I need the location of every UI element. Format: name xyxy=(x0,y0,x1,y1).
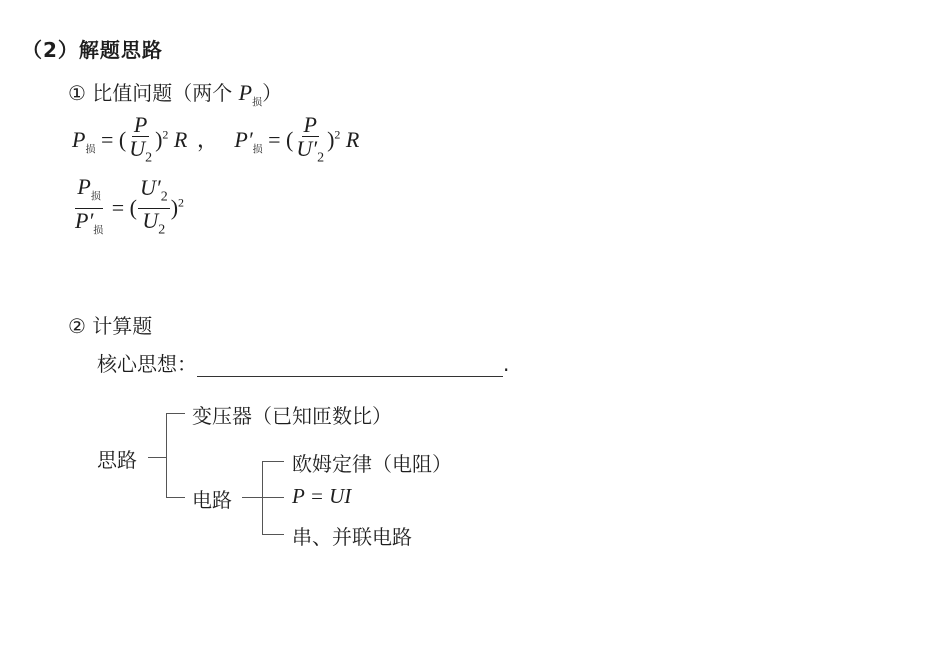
tree-leaf-power: P = UI xyxy=(292,484,351,509)
part1-heading: ① 比值问题（两个 P损） xyxy=(68,77,282,108)
tree-leaf-ohm: 欧姆定律（电阻） xyxy=(292,448,452,477)
formula-ploss-prime: P′损 = (PU′2)2 R xyxy=(234,127,359,152)
separator: ， xyxy=(197,127,219,152)
core-idea-label: 核心思想： xyxy=(97,352,197,376)
tree-connector xyxy=(148,457,167,458)
tree-connector xyxy=(262,534,284,535)
tree-connector xyxy=(166,497,185,498)
tree-bracket-1 xyxy=(166,413,167,498)
core-idea-row: 核心思想：. xyxy=(97,348,509,377)
part1-heading-close: ） xyxy=(262,81,282,105)
formula-ratio: P损P′损 = (U′2U2)2 xyxy=(72,176,184,244)
core-idea-period: . xyxy=(503,352,509,376)
formula-line-1: P损 = (PU2)2 R ， P′损 = (PU′2)2 R xyxy=(72,114,359,170)
tree-connector xyxy=(166,413,185,414)
tree-connector xyxy=(242,497,284,498)
tree-branch-circuit: 电路 xyxy=(192,484,232,513)
tree-bracket-2 xyxy=(262,461,263,535)
tree-branch-transformer: 变压器（已知匝数比） xyxy=(192,400,392,429)
section-title: （2）解题思路 xyxy=(22,34,163,63)
p-loss-symbol: P损 xyxy=(239,80,262,105)
part1-heading-text: ① 比值问题（两个 xyxy=(68,81,239,105)
tree-connector xyxy=(262,461,284,462)
tree-root: 思路 xyxy=(97,444,137,473)
formula-ploss: P损 = (PU2)2 R xyxy=(72,127,193,152)
part2-heading: ② 计算题 xyxy=(68,310,152,339)
core-idea-blank xyxy=(197,358,503,377)
tree-leaf-series-parallel: 串、并联电路 xyxy=(292,521,412,550)
